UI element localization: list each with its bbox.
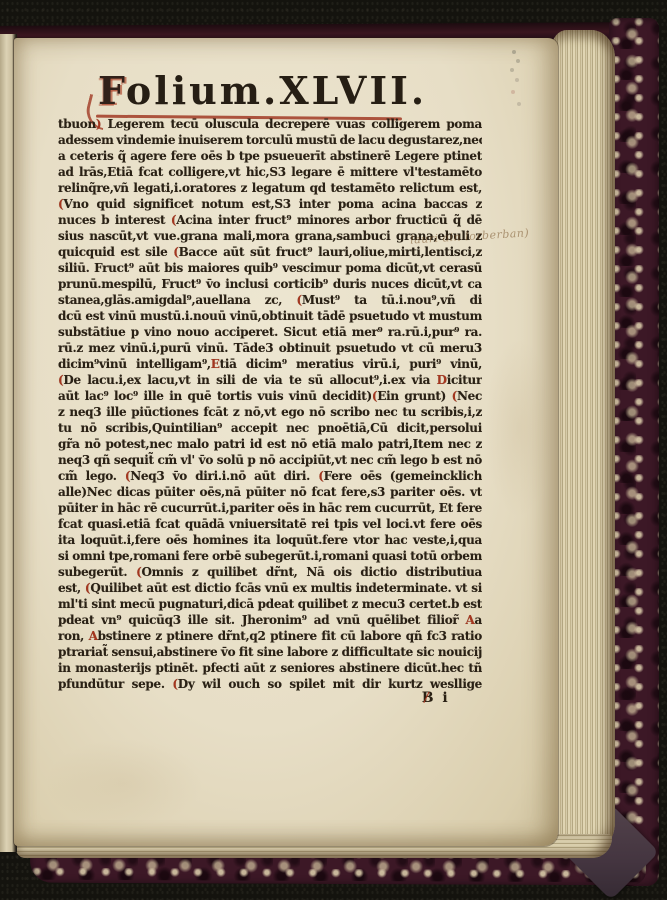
text-line: in monasterijs ptinēt. pfecti aūt z seni… <box>58 660 482 676</box>
text-line: ita loquūt.i,fere oēs homines ita loquūt… <box>58 532 482 548</box>
text-line: substātiue p vino nouo acciperet. Sicut … <box>58 324 482 340</box>
text-line: nuces b interest (Acina inter fruct⁹ min… <box>58 212 482 228</box>
text-run: De lacu.i,ex lacu,vt in sili de via te s… <box>63 373 436 387</box>
text-line: subegerūt. (Omnis z quilibet dr̃nt, Nā o… <box>58 564 482 580</box>
text-run: adessem vindemie inuiserem torculū mustū… <box>58 133 482 147</box>
text-run: siliū. Fruct⁹ aūt bis maiores quib⁹ vesc… <box>58 261 482 275</box>
text-run: z neq3 ille piūctiones fcāt z nō,vt ego … <box>58 405 482 419</box>
text-run: quicquid est sile <box>58 245 173 259</box>
text-line: dcū est vinū mustū.i.nouū vinū,obtinuit … <box>58 308 482 324</box>
page-title: Folium.XLVII. <box>98 72 427 110</box>
text-line: pdeat vn⁹ quicūq3 ille sit. Jheronim⁹ ad… <box>58 612 482 628</box>
text-run: Legerem tecū oluscula decreperē vuas col… <box>101 117 482 131</box>
book-scan: Folium.XLVII. tbuon) Legerem tecū oluscu… <box>0 0 667 900</box>
pencil-marks <box>512 50 516 54</box>
text-line: tu nō scribis,Quintilian⁹ accepit nec pn… <box>58 420 482 436</box>
text-run: bstinere z ptinere dr̃nt,q2 ptinere fit … <box>98 629 482 643</box>
text-run: dicim⁹vinū intelligam⁹, <box>58 357 211 371</box>
text-line: tbuon) Legerem tecū oluscula decreperē v… <box>58 116 482 132</box>
text-line: adessem vindemie inuiserem torculū mustū… <box>58 132 482 148</box>
text-line: alle)Nec dicas pūiter oēs,nā pūiter nō f… <box>58 484 482 500</box>
body-text: tbuon) Legerem tecū oluscula decreperē v… <box>58 116 482 692</box>
text-run: pfundūtur sepe. <box>58 677 172 691</box>
paper-stain <box>484 338 554 518</box>
text-line: dicim⁹vinū intelligam⁹,Etiā dicim⁹ merat… <box>58 356 482 372</box>
text-line: quicquid est sile (Bacce aūt sūt fruct⁹ … <box>58 244 482 260</box>
text-line: ptrariat̃ sensui,abstinere v̄o fit sine … <box>58 644 482 660</box>
text-run: si omni tpe,romani fere orbē subegerūt.i… <box>58 549 482 563</box>
text-line: si omni tpe,romani fere orbē subegerūt.i… <box>58 548 482 564</box>
text-run: ita loquūt.i,fere oēs homines ita loquūt… <box>58 533 482 547</box>
text-line: gr̃a nō potest,nec malo patri id est nō … <box>58 436 482 452</box>
text-run: in monasterijs ptinēt. pfecti aūt z seni… <box>58 661 482 675</box>
rubric-mark: A <box>466 613 475 627</box>
text-run: prunū.mespilū, Fruct⁹ v̄o inclusi cortic… <box>58 277 482 291</box>
text-run: rū.z mez vinū.i,purū vinū. Tāde3 obtinui… <box>58 341 482 355</box>
text-run: Fere oēs (gemeincklich <box>324 469 482 483</box>
text-line: stanea,glās.amigdal⁹,auellana zc, (Must⁹… <box>58 292 482 308</box>
rubric-mark: A <box>89 629 98 643</box>
text-line: cm̃ lego. (Neq3 v̄o diri.i.nō aūt diri. … <box>58 468 482 484</box>
text-run: Neq3 v̄o diri.i.nō aūt diri. <box>130 469 318 483</box>
text-run: aūt lac⁹ loc⁹ ille in quē tortis vuis vi… <box>58 389 372 403</box>
marbled-cover-right <box>609 18 659 886</box>
text-run: nuces b interest <box>58 213 171 227</box>
rubric-mark: D <box>437 373 447 387</box>
text-run: Vno quid significet notum est,S3 inter p… <box>63 197 482 211</box>
text-run: Nec <box>457 389 482 403</box>
quire-signature: /B i <box>424 690 450 706</box>
text-line: siliū. Fruct⁹ aūt bis maiores quib⁹ vesc… <box>58 260 482 276</box>
text-run: est, <box>58 581 85 595</box>
text-line: ron, Abstinere z ptinere dr̃nt,q2 ptiner… <box>58 628 482 644</box>
text-line: est, (Quilibet aūt est dictio fcās vnū e… <box>58 580 482 596</box>
paper-stain <box>44 738 204 828</box>
text-line: z neq3 ille piūctiones fcāt z nō,vt ego … <box>58 404 482 420</box>
text-run: relinq̃re,vñ legati,i.oratores z legatum… <box>58 181 482 195</box>
text-line: ad lrās,Etiā fcat colligere,vt hic,S3 le… <box>58 164 482 180</box>
text-line: prunū.mespilū, Fruct⁹ v̄o inclusi cortic… <box>58 276 482 292</box>
text-line: neq3 qñ sequit̃ cm̃ vl' v̄o solū p nō ac… <box>58 452 482 468</box>
text-run: Ein grunt) <box>377 389 451 403</box>
text-run: stanea,glās.amigdal⁹,auellana zc, <box>58 293 296 307</box>
text-run: a <box>475 613 482 627</box>
text-run: Acina inter fruct⁹ minores arbor fructic… <box>176 213 482 227</box>
text-line: (Vno quid significet notum est,S3 inter … <box>58 196 482 212</box>
text-run: Dy wil ouch so spilet mit dir kurtz wesl… <box>178 677 482 691</box>
page-stack-fore-edge <box>551 30 615 856</box>
text-line: (De lacu.i,ex lacu,vt in sili de via te … <box>58 372 482 388</box>
text-run: icitur <box>447 373 482 387</box>
text-line: pūiter in hāc rē cucurrūt.i,pariter oēs … <box>58 500 482 516</box>
text-run: Omnis z quilibet dr̃nt, Nā ois dictio di… <box>141 565 482 579</box>
text-run: Quilibet aūt est dictio fcās vnū ex mult… <box>90 581 482 595</box>
text-line: aūt lac⁹ loc⁹ ille in quē tortis vuis vi… <box>58 388 482 404</box>
text-line: fcat quasi.etiā fcat quādā vniuersitatē … <box>58 516 482 532</box>
text-run: gr̃a nō potest,nec malo patri id est nō … <box>58 437 482 451</box>
text-run: fcat quasi.etiā fcat quādā vniuersitatē … <box>58 517 482 531</box>
text-run: ptrariat̃ sensui,abstinere v̄o fit sine … <box>58 645 482 659</box>
text-run: alle)Nec dicas pūiter oēs,nā pūiter nō f… <box>58 485 482 499</box>
text-run: pdeat vn⁹ quicūq3 ille sit. Jheronim⁹ ad… <box>58 613 466 627</box>
text-run: Bacce aūt sūt fruct⁹ lauri,oliue,mirti,l… <box>179 245 482 259</box>
text-run: tiā dicim⁹ meratius virū.i, puri⁹ vinū, <box>220 357 482 371</box>
text-run: pūiter in hāc rē cucurrūt.i,pariter oēs … <box>58 501 482 515</box>
text-run: subegerūt. <box>58 565 136 579</box>
text-run: cm̃ lego. <box>58 469 125 483</box>
text-line: a ceteris q̃ agere fere oēs b tpe psueue… <box>58 148 482 164</box>
rubric-mark: E <box>211 357 220 371</box>
text-line: pfundūtur sepe. (Dy wil ouch so spilet m… <box>58 676 482 692</box>
text-line: relinq̃re,vñ legati,i.oratores z legatum… <box>58 180 482 196</box>
text-run: ml'ti sint mecū pugnaturi,dicā pdeat qui… <box>58 597 482 611</box>
text-run: a ceteris q̃ agere fere oēs b tpe psueue… <box>58 149 482 163</box>
text-run: Must⁹ ta tū.i.nou⁹,vñ di <box>302 293 482 307</box>
page-title-text: olium.XLVII. <box>126 68 427 113</box>
text-run: substātiue p vino nouo acciperet. Sicut … <box>58 325 482 339</box>
text-run: dcū est vinū mustū.i.nouū vinū,obtinuit … <box>58 309 482 323</box>
text-run: ad lrās,Etiā fcat colligere,vt hic,S3 le… <box>58 165 482 179</box>
text-line: rū.z mez vinū.i,purū vinū. Tāde3 obtinui… <box>58 340 482 356</box>
text-run: tu nō scribis,Quintilian⁹ accepit nec pn… <box>58 421 482 435</box>
text-run: ron, <box>58 629 89 643</box>
text-run: neq3 qñ sequit̃ cm̃ vl' v̄o solū p nō ac… <box>58 453 482 467</box>
text-line: ml'ti sint mecū pugnaturi,dicā pdeat qui… <box>58 596 482 612</box>
text-run: tbuon <box>58 117 96 131</box>
book-page: Folium.XLVII. tbuon) Legerem tecū oluscu… <box>14 38 558 846</box>
